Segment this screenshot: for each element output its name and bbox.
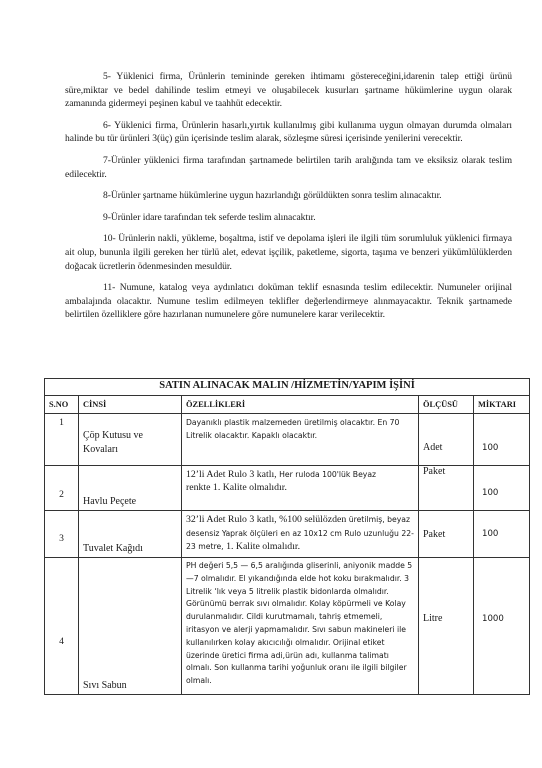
- row-type: Sıvı Sabun: [79, 558, 182, 695]
- header-type: CİNSİ: [79, 396, 182, 414]
- row-type: Çöp Kutusu ve Kovaları: [79, 414, 182, 466]
- row-no: 4: [45, 558, 79, 695]
- row-no: 2: [45, 466, 79, 511]
- row-no: 1: [45, 414, 79, 466]
- table-row: 4 Sıvı Sabun PH değeri 5,5 — 6,5 aralığı…: [45, 558, 530, 695]
- paragraph-8: 8-Ürünler şartname hükümlerine uygun haz…: [65, 189, 512, 203]
- header-unit: ÖLÇÜSÜ: [419, 396, 474, 414]
- row-type: Tuvalet Kağıdı: [79, 511, 182, 558]
- row-type: Havlu Peçete: [79, 466, 182, 511]
- row-qty: 100: [474, 414, 530, 466]
- paragraph-7: 7-Ürünler yüklenici firma tarafından şar…: [65, 154, 512, 181]
- table-title: SATIN ALINACAK MALIN /HİZMETİN/YAPIM İŞİ…: [45, 379, 530, 396]
- table-row: 1 Çöp Kutusu ve Kovaları Dayanıklı plast…: [45, 414, 530, 466]
- row-unit: Paket: [419, 511, 474, 558]
- row-no: 3: [45, 511, 79, 558]
- row-specs: Dayanıklı plastik malzemeden üretilmiş o…: [182, 414, 419, 466]
- header-qty: MİKTARI: [474, 396, 530, 414]
- paragraph-11: 11- Numune, katalog veya aydınlatıcı dok…: [65, 281, 512, 322]
- row-unit: Paket: [419, 466, 474, 511]
- header-specs: ÖZELLİKLERİ: [182, 396, 419, 414]
- table-row: 3 Tuvalet Kağıdı 32’li Adet Rulo 3 katlı…: [45, 511, 530, 558]
- paragraph-10: 10- Ürünlerin nakli, yükleme, boşaltma, …: [65, 232, 512, 273]
- row-specs: PH değeri 5,5 — 6,5 aralığında gliserinl…: [182, 558, 419, 695]
- row-unit: Litre: [419, 558, 474, 695]
- table-header-row: S.NO CİNSİ ÖZELLİKLERİ ÖLÇÜSÜ MİKTARI: [45, 396, 530, 414]
- row-specs: 32’li Adet Rulo 3 katlı, %100 selülözden…: [182, 511, 419, 558]
- procurement-table: SATIN ALINACAK MALIN /HİZMETİN/YAPIM İŞİ…: [44, 378, 530, 695]
- row-unit: Adet: [419, 414, 474, 466]
- paragraph-5: 5- Yüklenici firma, Ürünlerin temininde …: [65, 70, 512, 111]
- row-qty: 100: [474, 466, 530, 511]
- paragraph-9: 9-Ürünler idare tarafından tek seferde t…: [65, 211, 512, 225]
- table-row: 2 Havlu Peçete 12’li Adet Rulo 3 katlı, …: [45, 466, 530, 511]
- table-title-row: SATIN ALINACAK MALIN /HİZMETİN/YAPIM İŞİ…: [45, 379, 530, 396]
- terms-paragraphs: 5- Yüklenici firma, Ürünlerin temininde …: [65, 70, 512, 330]
- row-qty: 1000: [474, 558, 530, 695]
- header-no: S.NO: [45, 396, 79, 414]
- row-qty: 100: [474, 511, 530, 558]
- row-specs: 12’li Adet Rulo 3 katlı, Her ruloda 100'…: [182, 466, 419, 511]
- paragraph-6: 6- Yüklenici firma, Ürünlerin hasarlı,yı…: [65, 119, 512, 146]
